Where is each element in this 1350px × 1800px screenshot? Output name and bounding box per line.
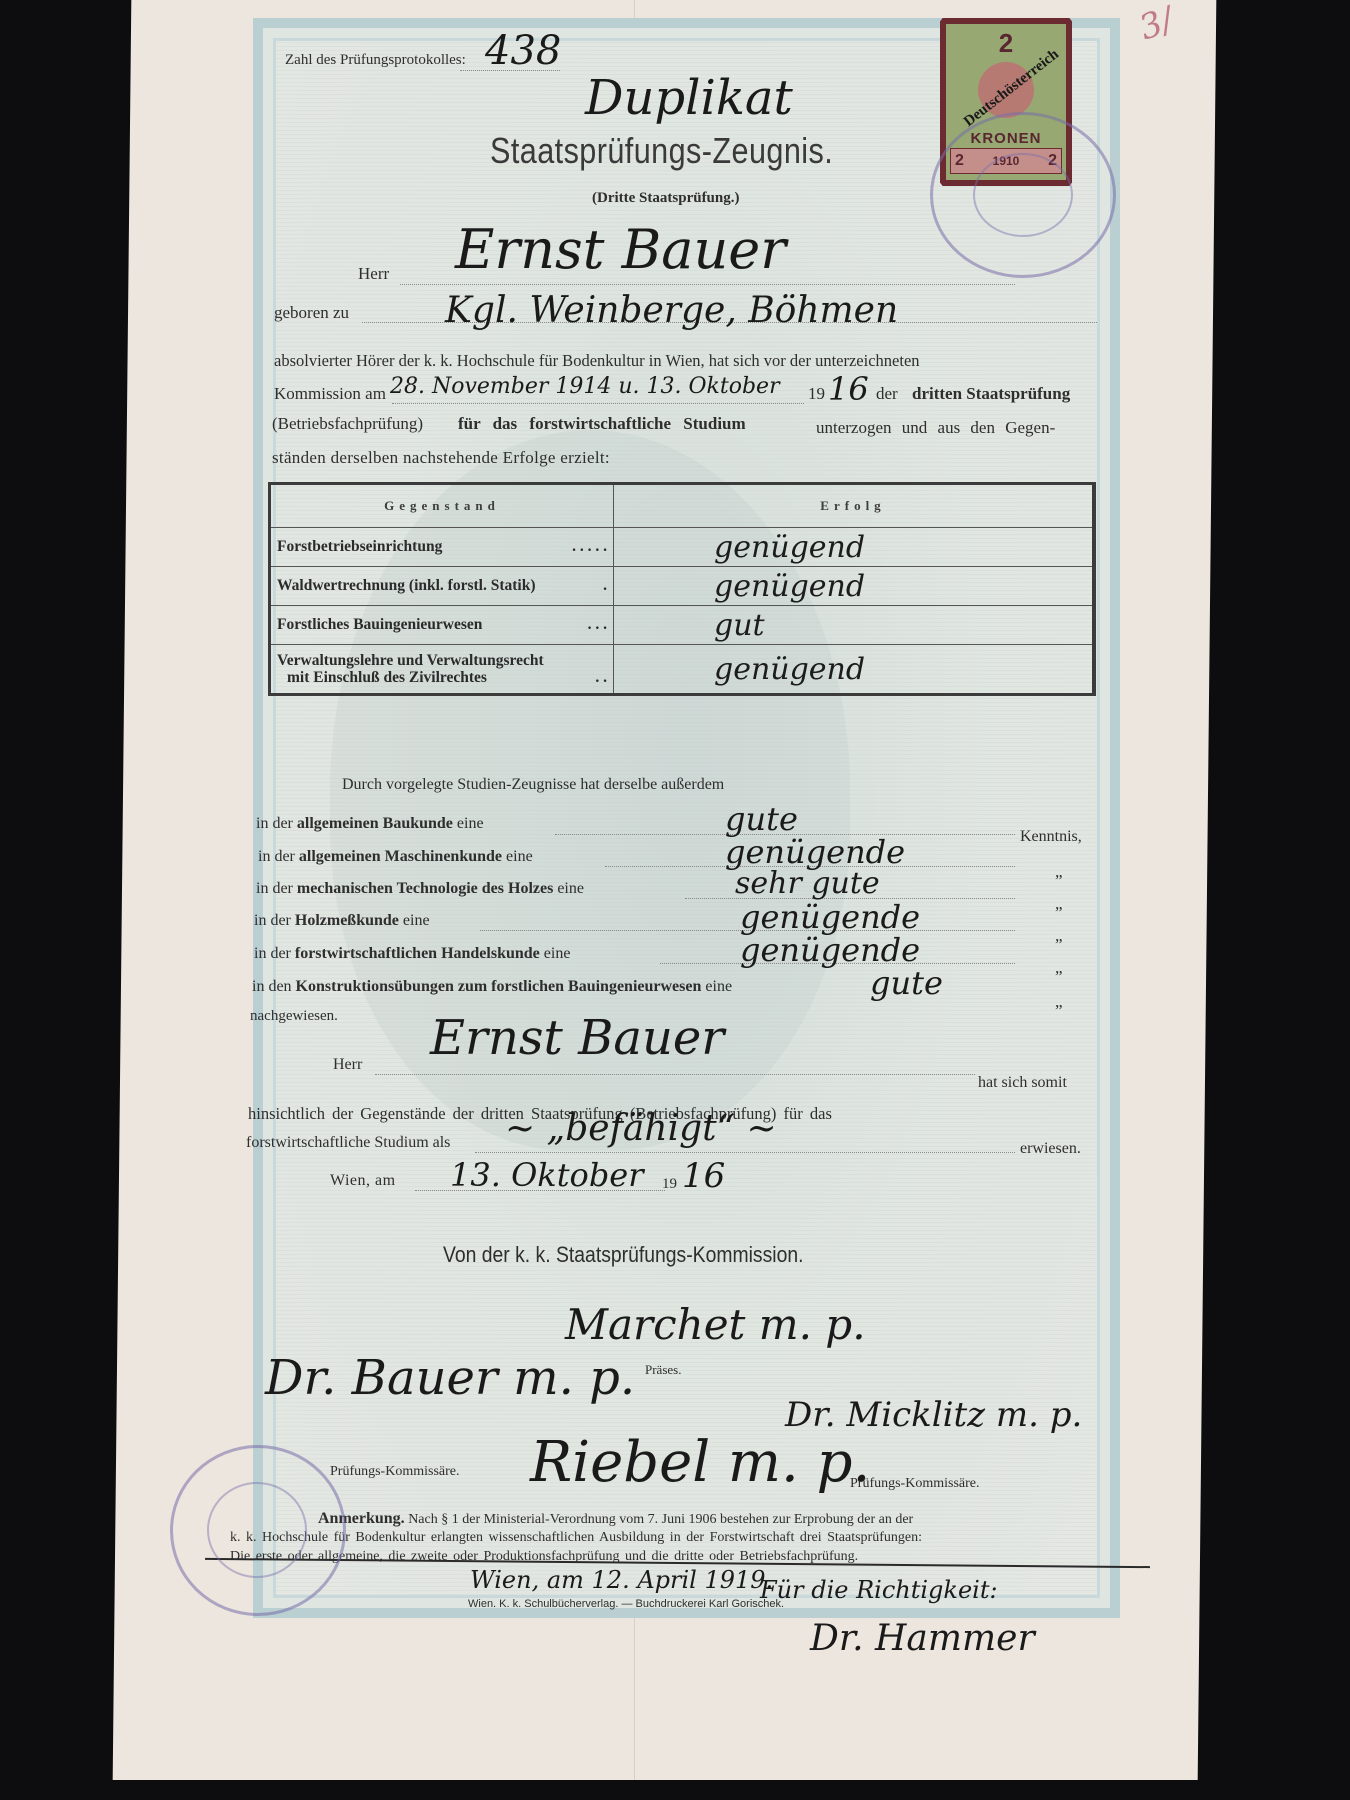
- grade-value: genügend: [614, 528, 1095, 567]
- certification-signature: Dr. Hammer: [810, 1618, 1035, 1659]
- official-seal-top: [930, 112, 1116, 278]
- official-seal-bottom: [170, 1445, 346, 1616]
- exam-dates: 28. November 1914 u. 13. Oktober: [390, 374, 780, 399]
- column-header-result: Erfolg: [614, 484, 1095, 528]
- grade-value: genügend: [614, 567, 1095, 606]
- study-grade: gute: [870, 964, 943, 1002]
- certification-date: Wien, am 12. April 1919.: [470, 1566, 773, 1594]
- commission-heading: Von der k. k. Staatsprüfungs-Kommission.: [443, 1242, 803, 1268]
- born-label: geboren zu: [274, 303, 349, 323]
- printer-imprint: Wien. K. k. Schulbücherverlag. — Buchdru…: [468, 1598, 784, 1610]
- grade-value: gut: [614, 606, 1095, 645]
- exam-year: 16: [828, 370, 869, 408]
- protocol-number: 438: [485, 28, 561, 74]
- issue-date: 13. Oktober: [450, 1156, 644, 1194]
- studies-intro: Durch vorgelegte Studien-Zeugnisse hat d…: [342, 776, 724, 794]
- birthplace: Kgl. Weinberge, Böhmen: [445, 290, 898, 331]
- duplicate-note: Duplikat: [585, 70, 793, 126]
- table-row: Waldwertrechnung (inkl. forstl. Statik) …: [270, 567, 1095, 606]
- study-grade: sehr gute: [735, 866, 880, 901]
- herr-label: Herr: [358, 264, 389, 284]
- examiner-signature-left: Dr. Bauer m. p.: [265, 1350, 635, 1406]
- candidate-name-result: Ernst Bauer: [430, 1010, 724, 1066]
- table-row: Forstbetriebseinrichtung . . . . . genüg…: [270, 528, 1095, 567]
- document-subtitle: (Dritte Staatsprüfung.): [592, 190, 740, 207]
- column-header-subject: Gegenstand: [270, 484, 614, 528]
- table-row: Verwaltungslehre und Verwaltungsrecht mi…: [270, 645, 1095, 695]
- table-row: Forstliches Bauingenieurwesen . . . gut: [270, 606, 1095, 645]
- grades-table: Gegenstand Erfolg Forstbetriebseinrichtu…: [268, 482, 1096, 696]
- grade-value: genügend: [614, 645, 1095, 695]
- verdict: ~ „befähigt“ ~: [505, 1108, 777, 1149]
- protocol-label: Zahl des Prüfungsprotokolles:: [285, 52, 466, 69]
- footnote: Anmerkung. Nach § 1 der Ministerial-Vero…: [318, 1510, 913, 1528]
- president-signature: Marchet m. p.: [565, 1300, 866, 1349]
- document-title: Staatsprüfungs-Zeugnis.: [490, 130, 833, 172]
- certification-note: Für die Richtigkeit:: [760, 1576, 998, 1604]
- candidate-name: Ernst Bauer: [455, 218, 786, 281]
- examiner-signature-right: Dr. Micklitz m. p.: [785, 1395, 1082, 1435]
- issue-year: 16: [682, 1156, 725, 1196]
- examiner-signature-center: Riebel m. p.: [530, 1430, 870, 1495]
